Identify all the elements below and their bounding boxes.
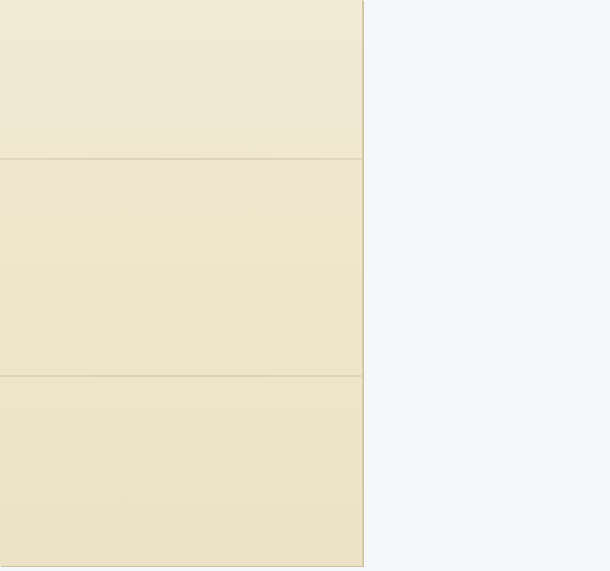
- handwritten-letter: [0, 0, 363, 566]
- paper-fold-line: [0, 158, 362, 160]
- paper-fold-line: [0, 375, 362, 377]
